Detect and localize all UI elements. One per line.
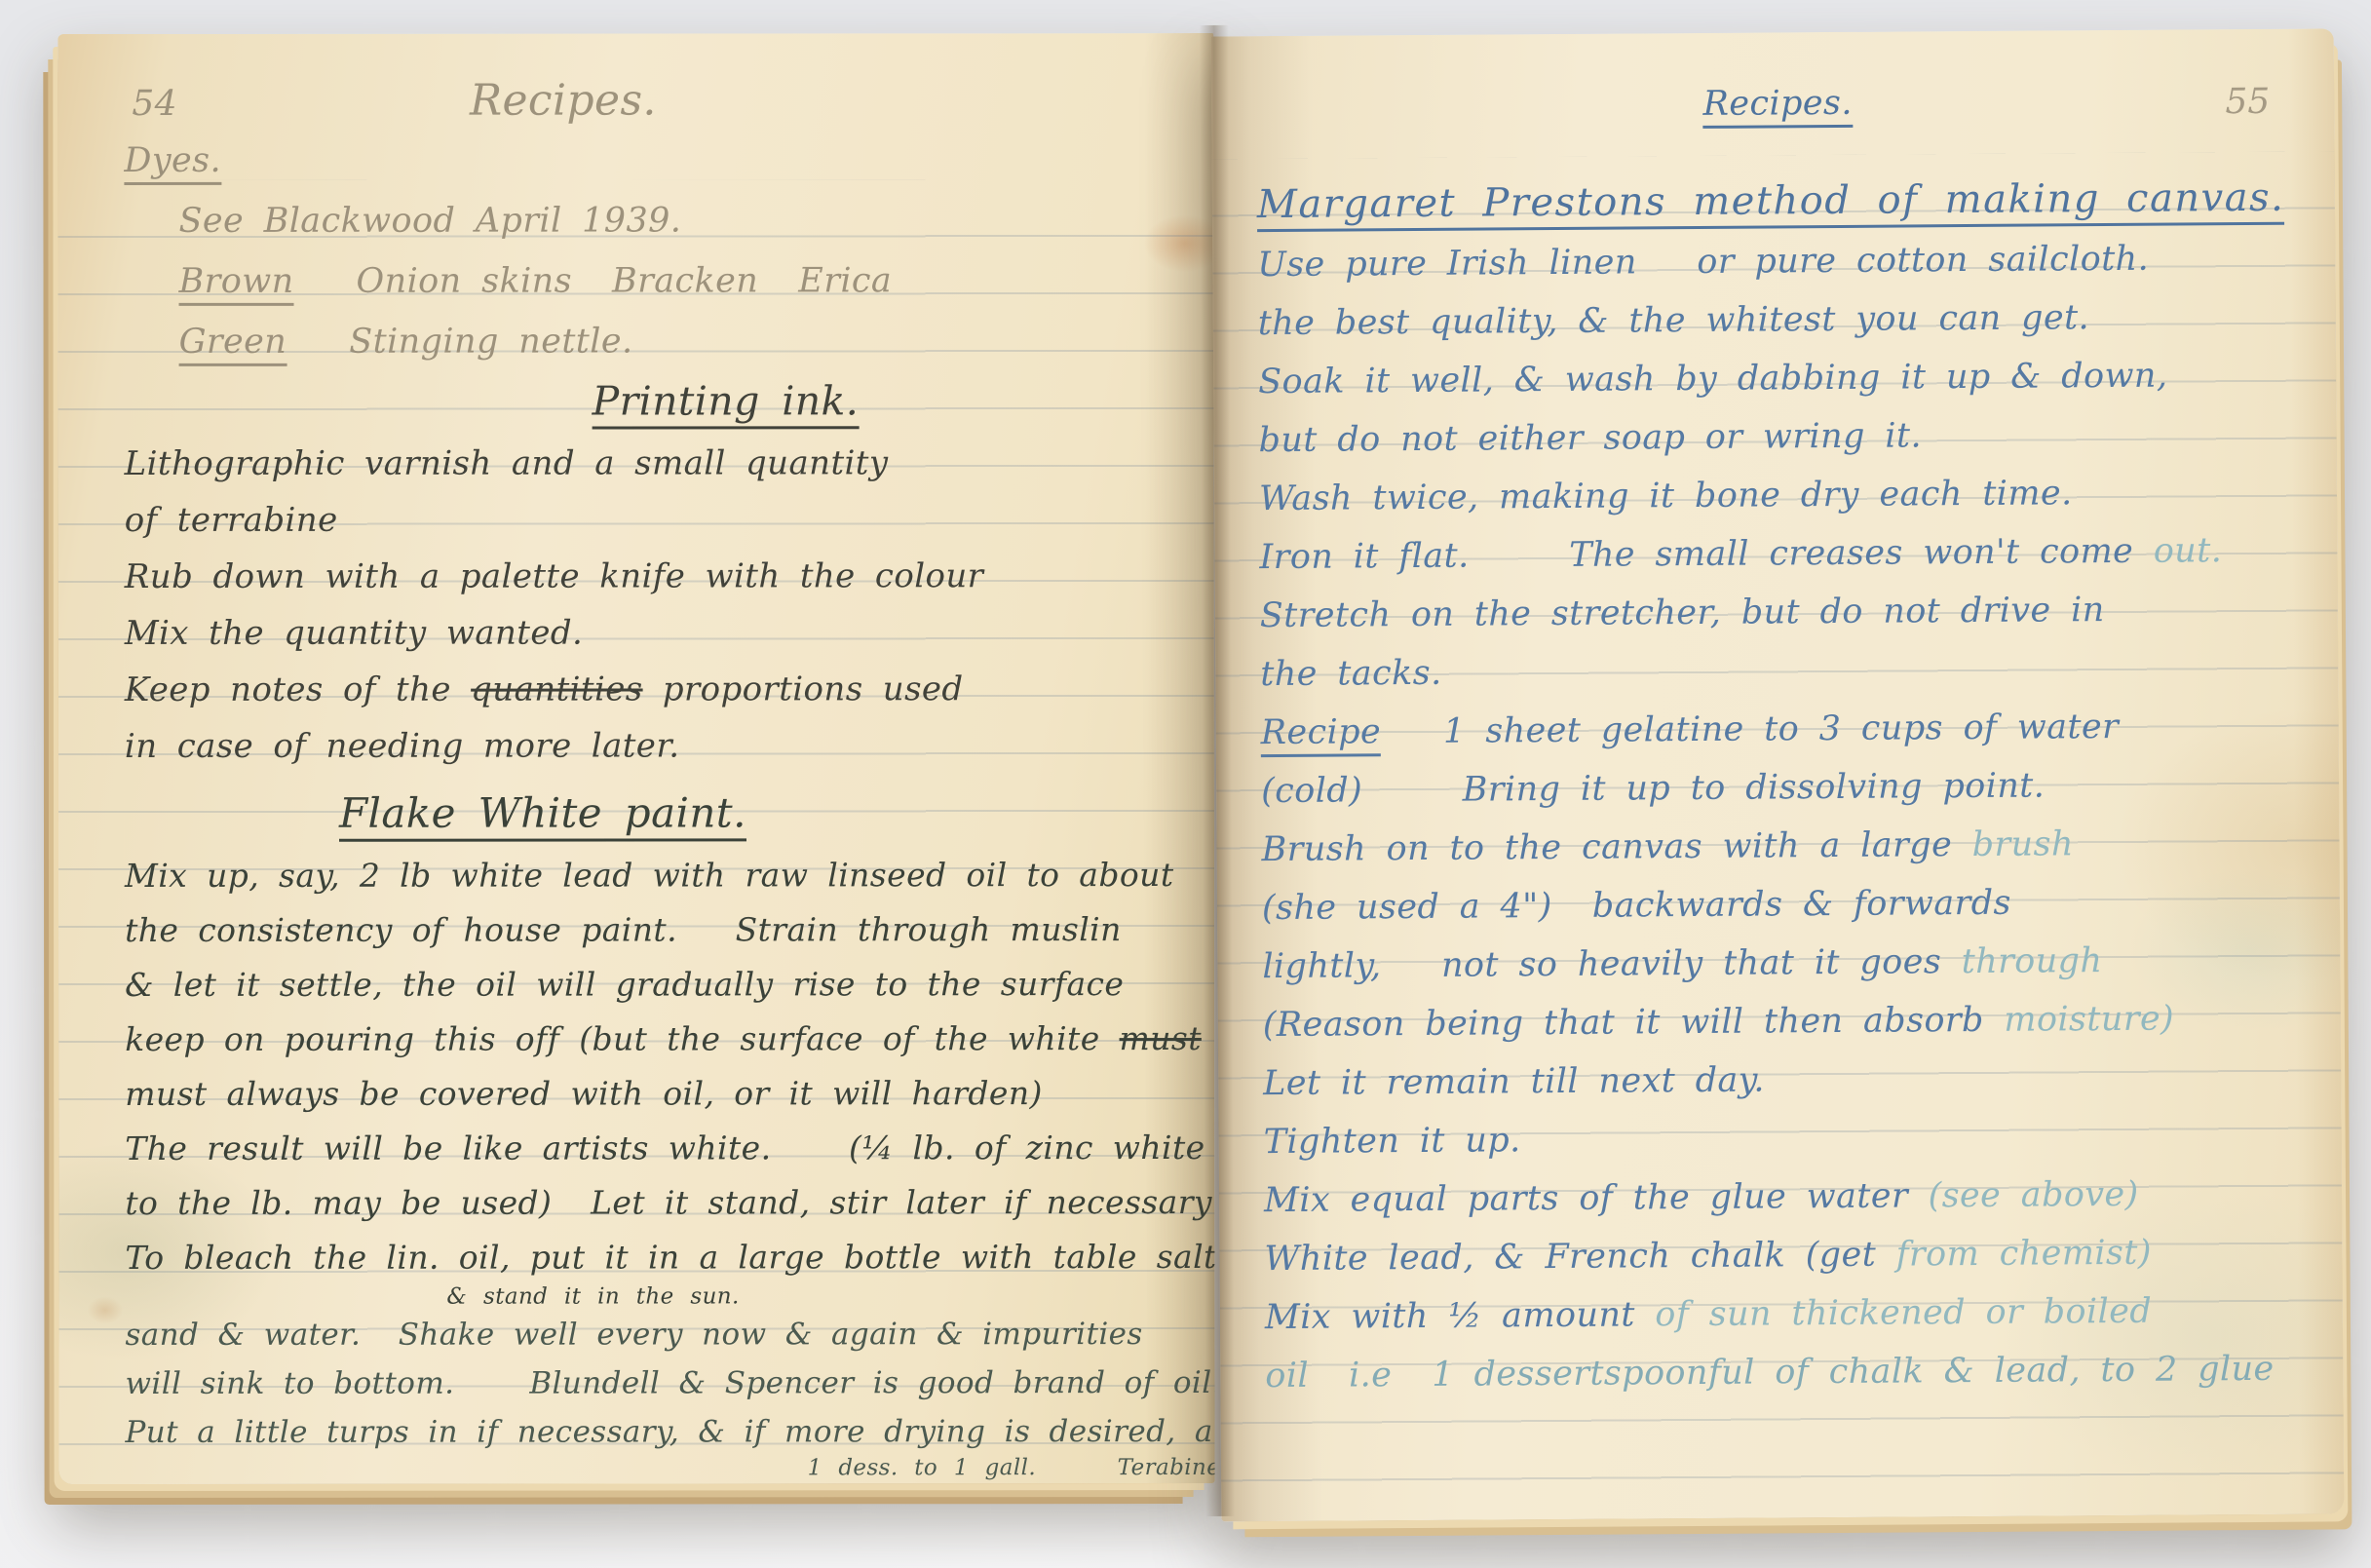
left-page-title: Recipes. xyxy=(470,75,657,125)
flake-white-section: Flake White paint. Mix up, say, 2 lb whi… xyxy=(125,787,1185,1313)
heading-text: Recipes. xyxy=(1702,84,1853,129)
handwritten-line: Stretch on the stretcher, but do not dri… xyxy=(1260,583,2303,648)
handwritten-segment: proportions used xyxy=(643,669,964,708)
handwritten-line: Keep notes of the quantities proportions… xyxy=(125,663,1185,720)
right-page-title: Recipes. xyxy=(1256,74,2299,139)
handwritten-line: oil i.e 1 dessertspoonful of chalk & lea… xyxy=(1265,1343,2308,1408)
handwritten-line: Rub down with a palette knife with the c… xyxy=(125,550,1185,607)
handwritten-line: but do not either soap or wring it. xyxy=(1258,407,2301,473)
handwritten-line: BrownOnion skins Bracken Erica xyxy=(178,253,1184,315)
section-heading-flake-white: Flake White paint. xyxy=(125,787,1185,851)
handwritten-line: sand & water. Shake well every now & aga… xyxy=(125,1312,1185,1361)
heading-text: Dyes. xyxy=(124,141,221,185)
handwritten-line: White lead, & French chalk (get from che… xyxy=(1264,1226,2307,1291)
handwritten-line: Tighten it up. xyxy=(1263,1109,2306,1174)
right-page: 55 Recipes. Margaret Prestons method of … xyxy=(1211,28,2345,1521)
handwritten-line: To bleach the lin. oil, put it in a larg… xyxy=(125,1232,1185,1287)
handwritten-line: of terrabine xyxy=(125,493,1185,551)
flake-white-section-end: sand & water. Shake well every now & aga… xyxy=(125,1312,1185,1484)
recipe-label: Recipe xyxy=(1261,712,1382,757)
right-page-content: Recipes. Margaret Prestons method of mak… xyxy=(1211,28,2344,1408)
heading-text: Flake White paint. xyxy=(339,788,746,841)
handwritten-line: GreenStinging nettle. xyxy=(179,314,1185,375)
section-heading-printing-ink: Printing ink. xyxy=(125,374,1185,438)
handwritten-line: Soak it well, & wash by dabbing it up & … xyxy=(1258,349,2301,414)
handwritten-segment: Keep notes of the xyxy=(125,670,471,709)
handwritten-segment: Iron it flat. The small creases won't co… xyxy=(1259,532,2154,577)
handwritten-segment: Mix equal parts of the glue water xyxy=(1264,1176,1929,1220)
interlinear-note: 1 dess. to 1 gall. Terabine. xyxy=(808,1458,1186,1483)
handwritten-line: in case of needing more later. xyxy=(125,719,1185,777)
handwritten-line: the consistency of house paint. Strain t… xyxy=(125,904,1185,960)
handwritten-line: Brush on to the canvas with a large brus… xyxy=(1261,817,2304,882)
dyes-section: Dyes. See Blackwood April 1939. BrownOni… xyxy=(124,133,1184,375)
printing-ink-section: Printing ink. Lithographic varnish and a… xyxy=(125,374,1185,777)
handwritten-line: the tacks. xyxy=(1260,641,2303,707)
handwritten-line: Put a little turps in if necessary, & if… xyxy=(126,1409,1186,1459)
handwritten-segment: Onion skins Bracken Erica xyxy=(357,261,893,300)
page-number: 54 xyxy=(132,84,177,124)
handwritten-segment: Brush on to the canvas with a large xyxy=(1261,825,1971,869)
handwritten-line: Mix with ½ amount of sun thickened or bo… xyxy=(1265,1284,2308,1350)
section-heading-dyes: Dyes. xyxy=(124,133,1184,194)
faded-segment: through xyxy=(1962,941,2103,981)
handwritten-segment: White lead, & French chalk (get xyxy=(1264,1236,1895,1280)
handwritten-segment: Stinging nettle. xyxy=(349,323,632,362)
handwritten-line: Mix equal parts of the glue water (see a… xyxy=(1264,1167,2307,1233)
handwritten-segment: 1 sheet gelatine to 3 cups of water xyxy=(1443,708,2119,751)
strikethrough-segment: must xyxy=(1120,1019,1202,1057)
faded-segment: (see above) xyxy=(1928,1175,2138,1216)
handwritten-line: the best quality, & the whitest you can … xyxy=(1258,290,2301,356)
handwritten-line: See Blackwood April 1939. xyxy=(178,193,1184,254)
heading-text: Margaret Prestons method of making canva… xyxy=(1257,175,2285,232)
handwritten-line: to the lb. may be used) Let it stand, st… xyxy=(125,1177,1185,1233)
handwritten-line: Mix the quantity wanted. xyxy=(125,606,1185,664)
handwritten-line: Let it remain till next day. xyxy=(1263,1051,2306,1116)
faded-segment: from chemist) xyxy=(1895,1234,2151,1275)
section-gap xyxy=(125,776,1185,788)
left-page-header: 54Recipes. xyxy=(124,72,1184,134)
handwritten-line: Wash twice, making it bone dry each time… xyxy=(1259,466,2302,531)
left-page: 54Recipes. Dyes. See Blackwood April 193… xyxy=(57,33,1214,1484)
handwritten-line: (cold) Bring it up to dissolving point. xyxy=(1261,758,2304,823)
open-notebook: 54Recipes. Dyes. See Blackwood April 193… xyxy=(48,15,2347,1533)
dye-color-label: Brown xyxy=(178,262,293,306)
photo-backdrop: 54Recipes. Dyes. See Blackwood April 193… xyxy=(0,0,2371,1568)
handwritten-line: Lithographic varnish and a small quantit… xyxy=(125,437,1185,494)
handwritten-line: & let it settle, the oil will gradually … xyxy=(125,959,1185,1014)
left-page-content: 54Recipes. Dyes. See Blackwood April 193… xyxy=(57,33,1214,1484)
handwritten-line: must always be covered with oil, or it w… xyxy=(125,1068,1185,1124)
handwritten-segment: keep on pouring this off (but the surfac… xyxy=(125,1019,1119,1058)
strikethrough-segment: quantities xyxy=(471,670,643,709)
handwritten-line: keep on pouring this off (but the surfac… xyxy=(125,1013,1185,1069)
handwritten-line: Mix up, say, 2 lb white lead with raw li… xyxy=(125,850,1185,905)
handwritten-line: lightly, not so heavily that it goes thr… xyxy=(1262,934,2305,999)
handwritten-line: Use pure Irish linen or pure cotton sail… xyxy=(1257,232,2300,297)
faded-segment: moisture) xyxy=(2004,1000,2174,1040)
faded-segment: of sun thickened or boiled xyxy=(1655,1292,2152,1335)
handwritten-line: Recipe1 sheet gelatine to 3 cups of wate… xyxy=(1261,700,2304,765)
handwritten-line: (Reason being that it will then absorb m… xyxy=(1263,992,2306,1057)
handwritten-line: will sink to bottom. Blundell & Spencer … xyxy=(125,1360,1185,1410)
handwritten-line: (she used a 4") backwards & forwards xyxy=(1262,875,2305,940)
interlinear-note: & stand it in the sun. xyxy=(446,1286,1185,1313)
faded-segment: brush xyxy=(1972,824,2074,864)
heading-text: Printing ink. xyxy=(593,377,860,429)
section-heading-canvas-method: Margaret Prestons method of making canva… xyxy=(1257,172,2300,239)
handwritten-line: The result will be like artists white. (… xyxy=(125,1123,1185,1178)
dye-color-label: Green xyxy=(179,323,287,366)
handwritten-segment: lightly, not so heavily that it goes xyxy=(1262,942,1962,986)
handwritten-line: Iron it flat. The small creases won't co… xyxy=(1259,524,2302,590)
faded-segment: out. xyxy=(2154,531,2223,570)
handwritten-segment: Mix with ½ amount xyxy=(1265,1295,1656,1337)
handwritten-segment: (Reason being that it will then absorb xyxy=(1263,1001,2005,1045)
